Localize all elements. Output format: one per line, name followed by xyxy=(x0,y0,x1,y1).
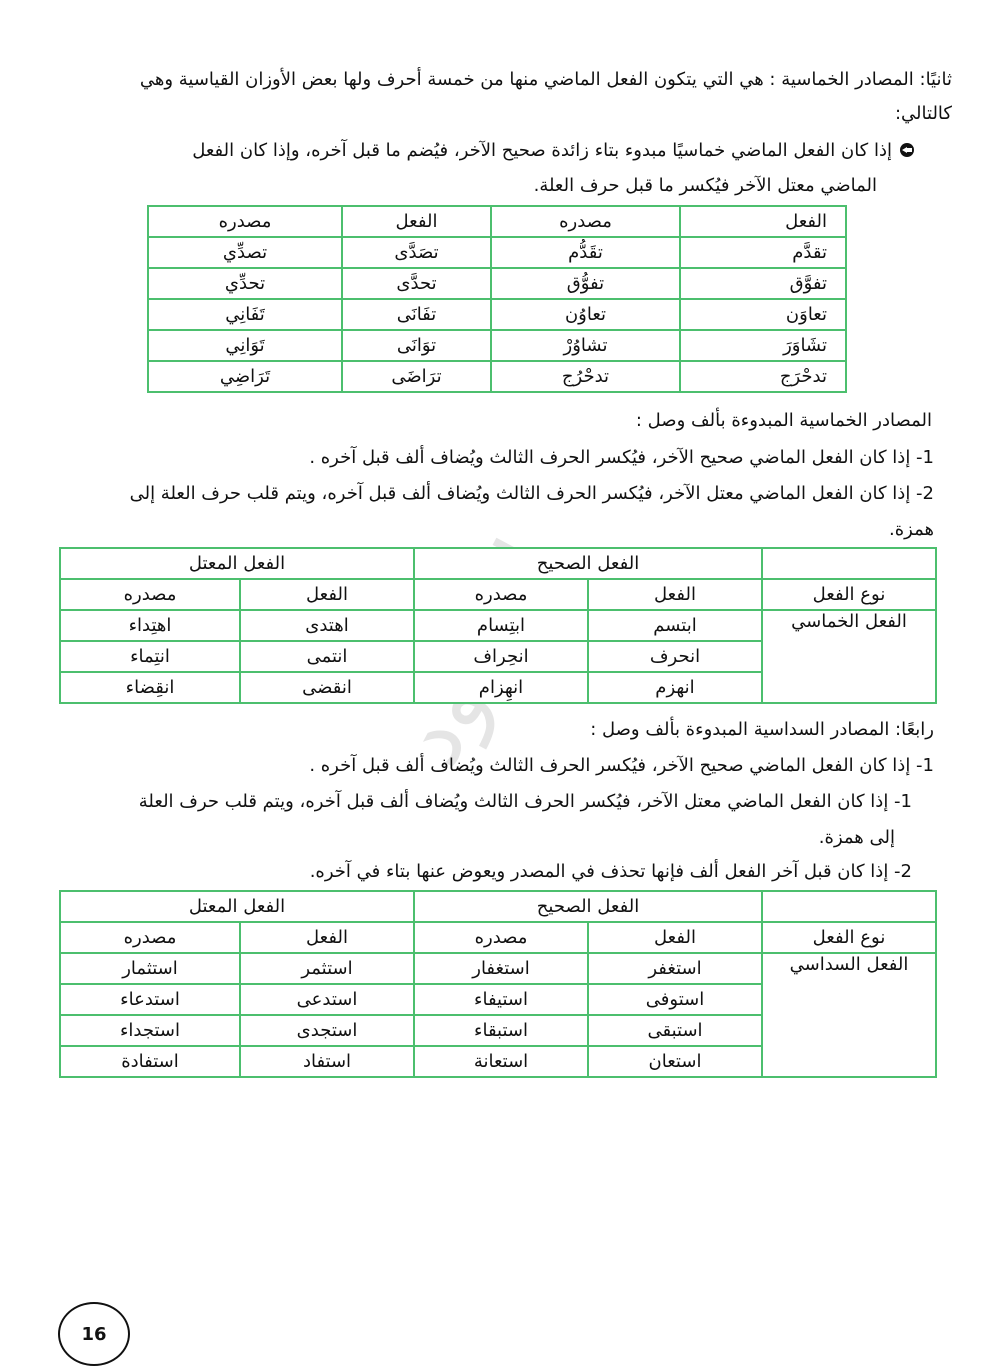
cell: تَفَانِي xyxy=(149,300,341,329)
arrow-left-circle-icon xyxy=(900,143,914,157)
cell: اهتِداء xyxy=(61,611,239,640)
cell: استجداء xyxy=(61,1016,239,1045)
cell: استعان xyxy=(589,1047,761,1076)
group-header-cell: الفعل المعتل xyxy=(61,892,413,921)
cell: استدعاء xyxy=(61,985,239,1014)
cell: انهِزام xyxy=(415,673,587,702)
cell: استجدى xyxy=(241,1016,413,1045)
cell: انهزم xyxy=(589,673,761,702)
header-cell: الفعل xyxy=(241,580,413,609)
cell: تحدَّى xyxy=(343,269,490,298)
table-row: الفعل الخماسي ابتسم ابتِسام اهتدى اهتِدا… xyxy=(61,611,935,640)
section2-intro-line1: ثانيًا: المصادر الخماسية : هي التي يتكون… xyxy=(140,64,952,96)
cell: انتمى xyxy=(241,642,413,671)
group-header-cell: الفعل المعتل xyxy=(61,549,413,578)
table-header-row: نوع الفعل الفعل مصدره الفعل مصدره xyxy=(61,923,935,952)
header-cell: الفعل xyxy=(589,580,761,609)
cell: انحرف xyxy=(589,642,761,671)
cell: استبقاء xyxy=(415,1016,587,1045)
cell: انقضى xyxy=(241,673,413,702)
cell: تشاوُرْ xyxy=(492,331,679,360)
cell: تقدَّم xyxy=(681,238,845,267)
cell: استوفى xyxy=(589,985,761,1014)
table-row: تقدَّم تقَدُّم تصَدَّى تصدِّي xyxy=(149,238,845,267)
cell: تقَدُّم xyxy=(492,238,679,267)
cell: استعانة xyxy=(415,1047,587,1076)
header-cell: الفعل xyxy=(681,207,845,236)
cell: استبقى xyxy=(589,1016,761,1045)
document-page: القمود ثانيًا: المصادر الخماسية : هي الت… xyxy=(0,0,992,1370)
section4-title: رابعًا: المصادر السداسية المبدوءة بألف و… xyxy=(590,714,934,746)
table-group-header-row: الفعل الصحيح الفعل المعتل xyxy=(61,549,935,578)
cell: تدحْرُج xyxy=(492,362,679,391)
header-cell: مصدره xyxy=(61,923,239,952)
cell: استيفاء xyxy=(415,985,587,1014)
cell: تفَانَى xyxy=(343,300,490,329)
header-cell: مصدره xyxy=(61,580,239,609)
cell: تحدِّي xyxy=(149,269,341,298)
table-group-header-row: الفعل الصحيح الفعل المعتل xyxy=(61,892,935,921)
cell: استدعى xyxy=(241,985,413,1014)
cell: تصدِّي xyxy=(149,238,341,267)
table-row: تعاوَن تعاوُن تفَانَى تَفَانِي xyxy=(149,300,845,329)
cell: ترَاضَى xyxy=(343,362,490,391)
header-cell: الفعل xyxy=(343,207,490,236)
cell: تفوُّق xyxy=(492,269,679,298)
cell: استفاد xyxy=(241,1047,413,1076)
table-five-letter-ta: الفعل مصدره الفعل مصدره تقدَّم تقَدُّم ت… xyxy=(147,205,847,393)
group-header-cell: الفعل الصحيح xyxy=(415,892,761,921)
header-cell: الفعل xyxy=(241,923,413,952)
group-header-cell xyxy=(763,892,935,921)
section2-rule-line2: الماضي معتل الآخر فيُكسر ما قبل حرف العل… xyxy=(534,170,877,202)
group-header-cell xyxy=(763,549,935,578)
header-cell: الفعل xyxy=(589,923,761,952)
table-row: تفوَّق تفوُّق تحدَّى تحدِّي xyxy=(149,269,845,298)
table-five-letter-alif: الفعل الصحيح الفعل المعتل نوع الفعل الفع… xyxy=(59,547,937,704)
five-alif-title: المصادر الخماسية المبدوءة بألف وصل : xyxy=(636,405,932,437)
five-alif-item2-line2: همزة. xyxy=(889,514,934,546)
header-cell: مصدره xyxy=(415,580,587,609)
cell: استثمار xyxy=(61,954,239,983)
five-alif-item2-line1: 2- إذا كان الفعل الماضي معتل الآخر، فيُك… xyxy=(130,478,934,510)
cell: تدحْرَج xyxy=(681,362,845,391)
cell: تَرَاضِي xyxy=(149,362,341,391)
header-cell: نوع الفعل xyxy=(763,923,935,952)
cell: تصَدَّى xyxy=(343,238,490,267)
section4-item2-line1: 1- إذا كان الفعل الماضي معتل الآخر، فيُك… xyxy=(139,786,912,818)
cell: استفادة xyxy=(61,1047,239,1076)
cell: انقِضاء xyxy=(61,673,239,702)
cell: تشَاوَرَ xyxy=(681,331,845,360)
rule-text: إذا كان الفعل الماضي خماسيًا مبدوء بتاء … xyxy=(192,140,892,161)
cell: تعاوُن xyxy=(492,300,679,329)
verb-type-cell: الفعل السداسي xyxy=(763,954,935,1076)
cell: ابتسم xyxy=(589,611,761,640)
table-header-row: نوع الفعل الفعل مصدره الفعل مصدره xyxy=(61,580,935,609)
table-header-row: الفعل مصدره الفعل مصدره xyxy=(149,207,845,236)
section2-rule-line1: إذا كان الفعل الماضي خماسيًا مبدوء بتاء … xyxy=(192,135,914,167)
section4-item1: 1- إذا كان الفعل الماضي صحيح الآخر، فيُك… xyxy=(309,750,934,782)
cell: استغفر xyxy=(589,954,761,983)
header-cell: مصدره xyxy=(492,207,679,236)
section2-intro-line2: كالتالي: xyxy=(895,98,952,130)
header-cell: نوع الفعل xyxy=(763,580,935,609)
cell: انحِراف xyxy=(415,642,587,671)
cell: تعاوَن xyxy=(681,300,845,329)
table-row: الفعل السداسي استغفر استغفار استثمر استث… xyxy=(61,954,935,983)
section4-item3: 2- إذا كان قبل آخر الفعل ألف فإنها تحذف … xyxy=(310,856,912,888)
table-row: تشَاوَرَ تشاوُرْ توَانَى تَوَانِي xyxy=(149,331,845,360)
cell: استغفار xyxy=(415,954,587,983)
table-row: تدحْرَج تدحْرُج ترَاضَى تَرَاضِي xyxy=(149,362,845,391)
table-six-letter: الفعل الصحيح الفعل المعتل نوع الفعل الفع… xyxy=(59,890,937,1078)
cell: تَوَانِي xyxy=(149,331,341,360)
cell: تفوَّق xyxy=(681,269,845,298)
cell: استثمر xyxy=(241,954,413,983)
cell: ابتِسام xyxy=(415,611,587,640)
section4-item2-line2: إلى همزة. xyxy=(819,822,895,854)
cell: انتِماء xyxy=(61,642,239,671)
cell: اهتدى xyxy=(241,611,413,640)
cell: توَانَى xyxy=(343,331,490,360)
five-alif-item1: 1- إذا كان الفعل الماضي صحيح الآخر، فيُك… xyxy=(309,442,934,474)
group-header-cell: الفعل الصحيح xyxy=(415,549,761,578)
header-cell: مصدره xyxy=(415,923,587,952)
header-cell: مصدره xyxy=(149,207,341,236)
verb-type-cell: الفعل الخماسي xyxy=(763,611,935,702)
page-number: 16 xyxy=(58,1302,130,1366)
